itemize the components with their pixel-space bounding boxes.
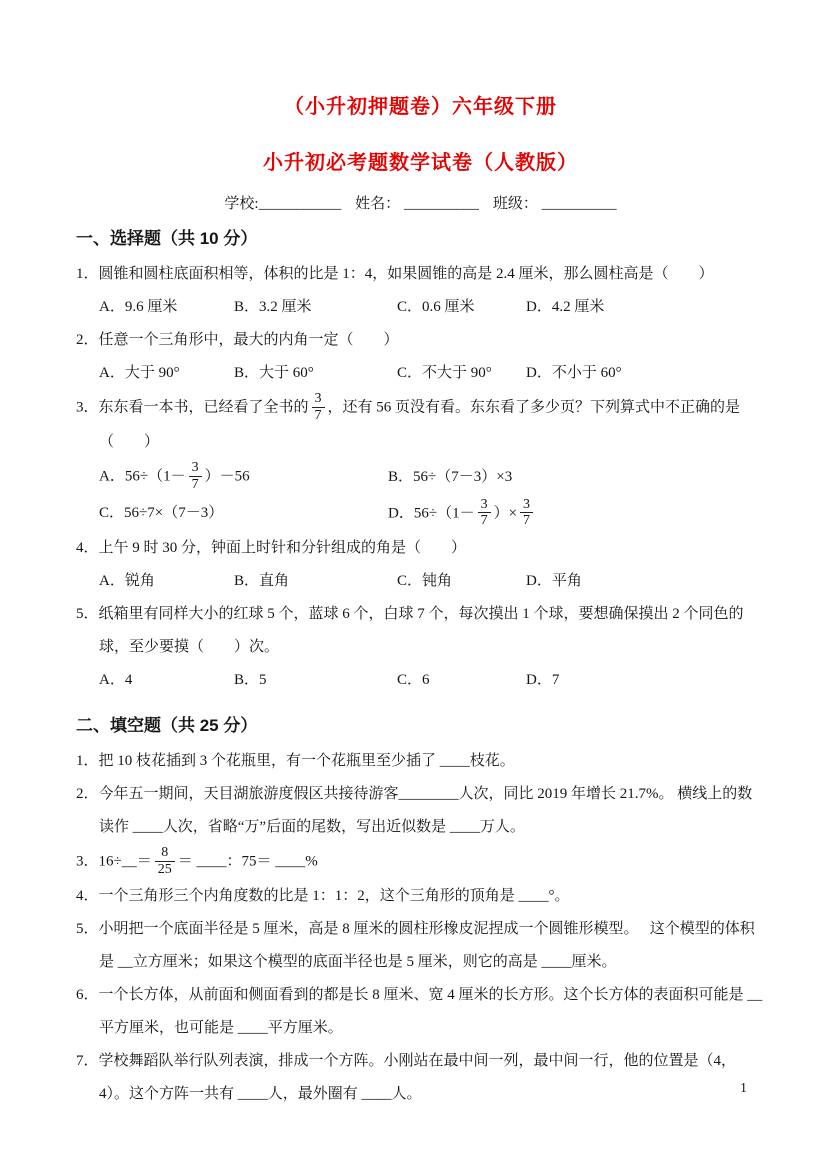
choice-q3-stem: 3．东东看一本书，已经看了全书的37，还有 56 页没有看。东东看了多少页？下列… [76, 390, 765, 459]
student-info-line: 学校:___________姓名： __________班级： ________… [76, 192, 765, 216]
option-text: ）－56 [205, 469, 250, 485]
fraction: 37 [520, 497, 533, 529]
choice-q4-stem: 4．上午 9 时 30 分，钟面上时针和分针组成的角是（ ） [76, 532, 765, 565]
option-b: B．大于 60° [234, 357, 397, 390]
fill-q4: 4．一个三角形三个内角度数的比是 1：1：2，这个三角形的顶角是 ____°。 [76, 880, 765, 913]
name-blank: __________ [404, 196, 479, 212]
exam-title-line1: （小升初押题卷）六年级下册 [76, 90, 765, 119]
option-a: A．56÷（1－37）－56 [99, 459, 388, 495]
option-a: A．大于 90° [99, 357, 234, 390]
fraction-denominator: 7 [189, 477, 202, 493]
school-label: 学校: [224, 196, 258, 212]
school-blank: ___________ [259, 196, 342, 212]
option-c: C．不大于 90° [397, 357, 526, 390]
option-c: C．6 [397, 664, 526, 697]
choice-q3-options-row2: C．56÷7×（7－3） D．56÷（1－37）×37 [76, 496, 765, 532]
fraction-denominator: 7 [312, 408, 325, 424]
fraction-denominator: 7 [478, 513, 491, 529]
option-text: ）× [494, 505, 517, 521]
choice-q2-stem: 2．任意一个三角形中，最大的内角一定（ ） [76, 324, 765, 357]
option-a: A．4 [99, 664, 234, 697]
option-text: A．56÷（1－ [99, 469, 186, 485]
fill-q2: 2．今年五一期间，天目湖旅游度假区共接待游客________人次，同比 2019… [76, 778, 765, 844]
exam-title-line2: 小升初必考题数学试卷（人教版） [76, 146, 765, 175]
fill-q1: 1．把 10 枝花插到 3 个花瓶里，有一个花瓶里至少插了 ____枝花。 [76, 745, 765, 778]
page-number: 1 [740, 1081, 747, 1097]
option-d: D．平角 [526, 565, 765, 598]
option-d: D．56÷（1－37）×37 [388, 496, 765, 532]
fraction: 37 [312, 391, 325, 423]
option-b: B．5 [234, 664, 397, 697]
option-c: C．0.6 厘米 [397, 291, 526, 324]
choice-q1-stem: 1．圆锥和圆柱底面积相等，体积的比是 1：4，如果圆锥的高是 2.4 厘米，那么… [76, 258, 765, 291]
choice-q4-options: A．锐角 B．直角 C．钝角 D．平角 [76, 565, 765, 598]
class-blank: __________ [542, 196, 617, 212]
fraction: 37 [478, 497, 491, 529]
fraction-numerator: 3 [478, 497, 491, 514]
choice-q5-options: A．4 B．5 C．6 D．7 [76, 664, 765, 697]
choice-q3-options-row1: A．56÷（1－37）－56 B．56÷（7－3）×3 [76, 459, 765, 495]
fraction-numerator: 3 [520, 497, 533, 514]
option-d: D．7 [526, 664, 765, 697]
choice-q2-options: A．大于 90° B．大于 60° C．不大于 90° D．不小于 60° [76, 357, 765, 390]
fill-q5: 5．小明把一个底面半径是 5 厘米，高是 8 厘米的圆柱形橡皮泥捏成一个圆锥形模… [76, 913, 765, 979]
class-label: 班级： [493, 196, 538, 212]
name-label: 姓名： [355, 196, 400, 212]
fraction-denominator: 7 [520, 513, 533, 529]
option-d: D．4.2 厘米 [526, 291, 765, 324]
option-text: D．56÷（1－ [388, 505, 475, 521]
question-text: 3．东东看一本书，已经看了全书的 [76, 400, 309, 416]
choice-section-heading: 一、选择题（共 10 分） [76, 226, 765, 252]
fill-q3: 3．16÷__＝825＝ ____：75＝ ____% [76, 844, 765, 880]
option-b: B．56÷（7－3）×3 [388, 461, 765, 494]
option-d: D．不小于 60° [526, 357, 765, 390]
choice-q5-stem: 5．纸箱里有同样大小的红球 5 个，蓝球 6 个，白球 7 个，每次摸出 1 个… [76, 598, 765, 664]
fraction: 37 [189, 460, 202, 492]
choice-q1-options: A．9.6 厘米 B．3.2 厘米 C．0.6 厘米 D．4.2 厘米 [76, 291, 765, 324]
option-b: B．直角 [234, 565, 397, 598]
option-a: A．锐角 [99, 565, 234, 598]
fraction-denominator: 25 [155, 862, 175, 878]
option-c: C．钝角 [397, 565, 526, 598]
option-b: B．3.2 厘米 [234, 291, 397, 324]
question-text: ＝ ____：75＝ ____% [178, 854, 318, 870]
fill-section-heading: 二、填空题（共 25 分） [76, 713, 765, 739]
option-a: A．9.6 厘米 [99, 291, 234, 324]
question-text: 3．16÷__＝ [76, 854, 152, 870]
fraction-numerator: 3 [189, 460, 202, 477]
exam-paper-page: （小升初押题卷）六年级下册 小升初必考题数学试卷（人教版） 学校:_______… [0, 0, 827, 1169]
fill-q6: 6．一个长方体，从前面和侧面看到的都是长 8 厘米、宽 4 厘米的长方形。这个长… [76, 979, 765, 1045]
fraction-numerator: 8 [155, 845, 175, 862]
fill-q7: 7．学校舞蹈队举行队列表演，排成一个方阵。小刚站在最中间一列，最中间一行，他的位… [76, 1045, 765, 1111]
option-c: C．56÷7×（7－3） [99, 497, 388, 530]
fraction-numerator: 3 [312, 391, 325, 408]
fraction: 825 [155, 845, 175, 877]
